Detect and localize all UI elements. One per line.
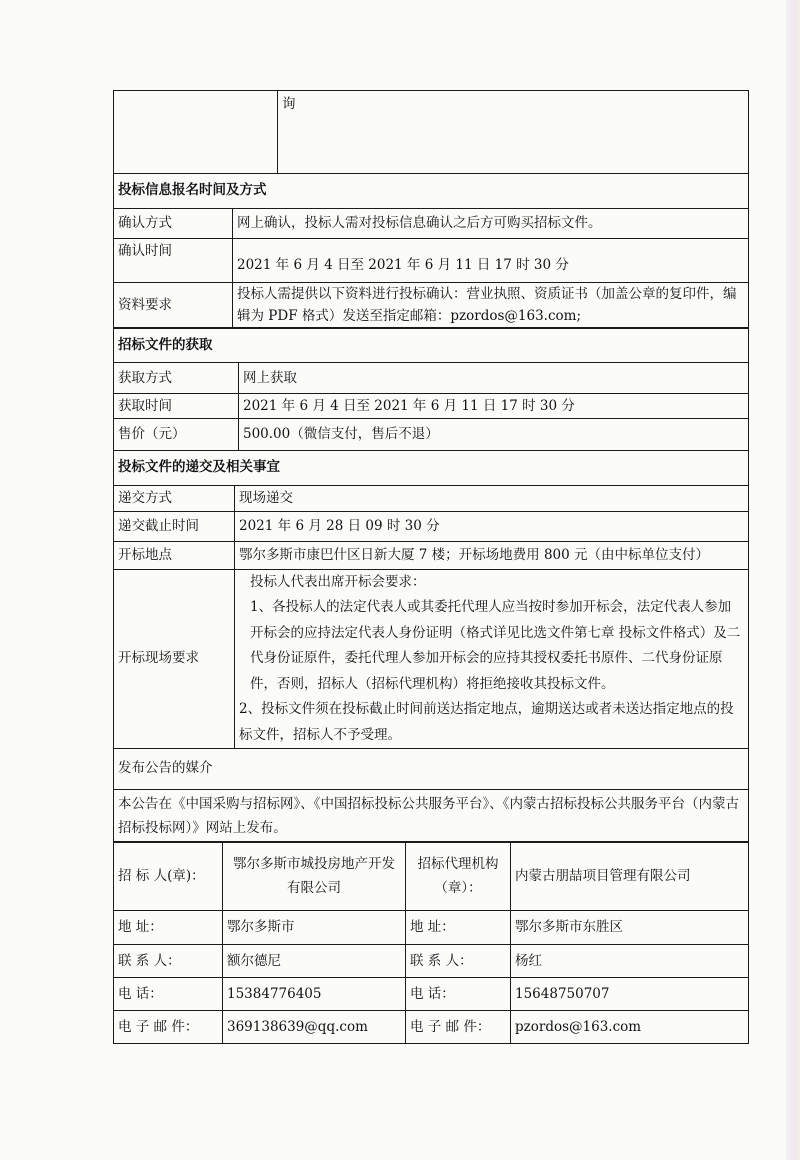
tenderer-address: 鄂尔多斯市 [223,911,406,945]
section-title: 投标信息报名时间及方式 [114,173,749,208]
row-label: 获取方式 [114,363,239,394]
section-title: 招标文件的获取 [114,328,749,363]
tenderer-phone: 15384776405 [223,978,406,1011]
top-fragment-row: 询 [114,91,749,174]
section-registration: 投标信息报名时间及方式 确认方式 网上确认，投标人需对投标信息确认之后方可购买招… [113,173,749,329]
agency-address: 鄂尔多斯市东胜区 [511,911,749,945]
tenderer-phone-label: 电 话： [114,978,223,1011]
tenderer-email: 369138639@qq.com [223,1011,406,1044]
agency-phone-label: 电 话： [406,978,511,1011]
agency-email: pzordos@163.com [511,1011,749,1044]
tenderer-contact: 额尔德尼 [223,945,406,978]
row-value: 鄂尔多斯市康巴什区日新大厦 7 楼；开标场地费用 800 元（由中标单位支付） [235,541,749,569]
row-value: 2021 年 6 月 28 日 09 时 30 分 [235,511,749,541]
agency-name: 内蒙古朋喆项目管理有限公司 [511,842,749,911]
agency-address-label: 地 址： [406,911,511,945]
row-value: 2021 年 6 月 4 日至 2021 年 6 月 11 日 17 时 30 … [233,238,749,282]
row-label: 确认方式 [114,208,233,238]
onsite-requirements-label: 开标现场要求 [114,569,235,749]
section-media: 发布公告的媒介 本公告在《中国采购与招标网》、《中国招标投标公共服务平台》、《内… [113,748,749,843]
top-value-cell: 询 [278,91,749,174]
row-value: 网上获取 [239,363,749,394]
tenderer-name: 鄂尔多斯市城投房地产开发有限公司 [223,842,406,911]
top-fragment-table: 询 [113,90,749,174]
row-label: 递交截止时间 [114,511,235,541]
section-title: 投标文件的递交及相关事宜 [114,450,749,485]
contacts-table: 招 标 人(章)： 鄂尔多斯市城投房地产开发有限公司 招标代理机构（章）： 内蒙… [113,841,749,1044]
row-label: 开标地点 [114,541,235,569]
section-document-acquisition: 招标文件的获取 获取方式 网上获取 获取时间 2021 年 6 月 4 日至 2… [113,327,749,451]
tenderer-address-label: 地 址： [114,911,223,945]
tender-notice-document: 询 投标信息报名时间及方式 确认方式 网上确认，投标人需对投标信息确认之后方可购… [113,90,749,1044]
row-value: 500.00（微信支付，售后不退） [239,419,749,451]
tenderer-contact-label: 联 系 人： [114,945,223,978]
onsite-item-1: 1、各投标人的法定代表人或其委托代理人应当按时参加开标会，法定代表人参加开标会的… [239,595,744,697]
agency-phone: 15648750707 [511,978,749,1011]
section-title: 发布公告的媒介 [114,748,749,789]
scan-edge [786,0,800,1160]
onsite-intro: 投标人代表出席开标会要求： [239,570,744,596]
tenderer-label: 招 标 人(章)： [114,842,223,911]
row-label: 递交方式 [114,485,235,511]
row-value: 2021 年 6 月 4 日至 2021 年 6 月 11 日 17 时 30 … [239,394,749,419]
agency-label: 招标代理机构（章）： [406,842,511,911]
agency-email-label: 电 子 邮 件： [406,1011,511,1044]
top-label-cell [114,91,278,174]
media-text: 本公告在《中国采购与招标网》、《中国招标投标公共服务平台》、《内蒙古招标投标公共… [114,789,749,842]
agency-contact-label: 联 系 人： [406,945,511,978]
row-label: 确认时间 [114,238,233,282]
section-submission: 投标文件的递交及相关事宜 递交方式 现场递交 递交截止时间 2021 年 6 月… [113,450,749,750]
row-label: 售价（元） [114,419,239,451]
row-label: 获取时间 [114,394,239,419]
agency-contact: 杨红 [511,945,749,978]
row-value: 网上确认，投标人需对投标信息确认之后方可购买招标文件。 [233,208,749,238]
row-value: 投标人需提供以下资料进行投标确认：营业执照、资质证书（加盖公章的复印件，编辑为 … [233,282,749,328]
row-value: 现场递交 [235,485,749,511]
onsite-item-2: 2、投标文件须在投标截止时间前送达指定地点，逾期送达或者未送达指定地点的投标文件… [239,697,744,748]
onsite-requirements: 投标人代表出席开标会要求： 1、各投标人的法定代表人或其委托代理人应当按时参加开… [235,569,749,749]
row-label: 资料要求 [114,282,233,328]
tenderer-email-label: 电 子 邮 件： [114,1011,223,1044]
